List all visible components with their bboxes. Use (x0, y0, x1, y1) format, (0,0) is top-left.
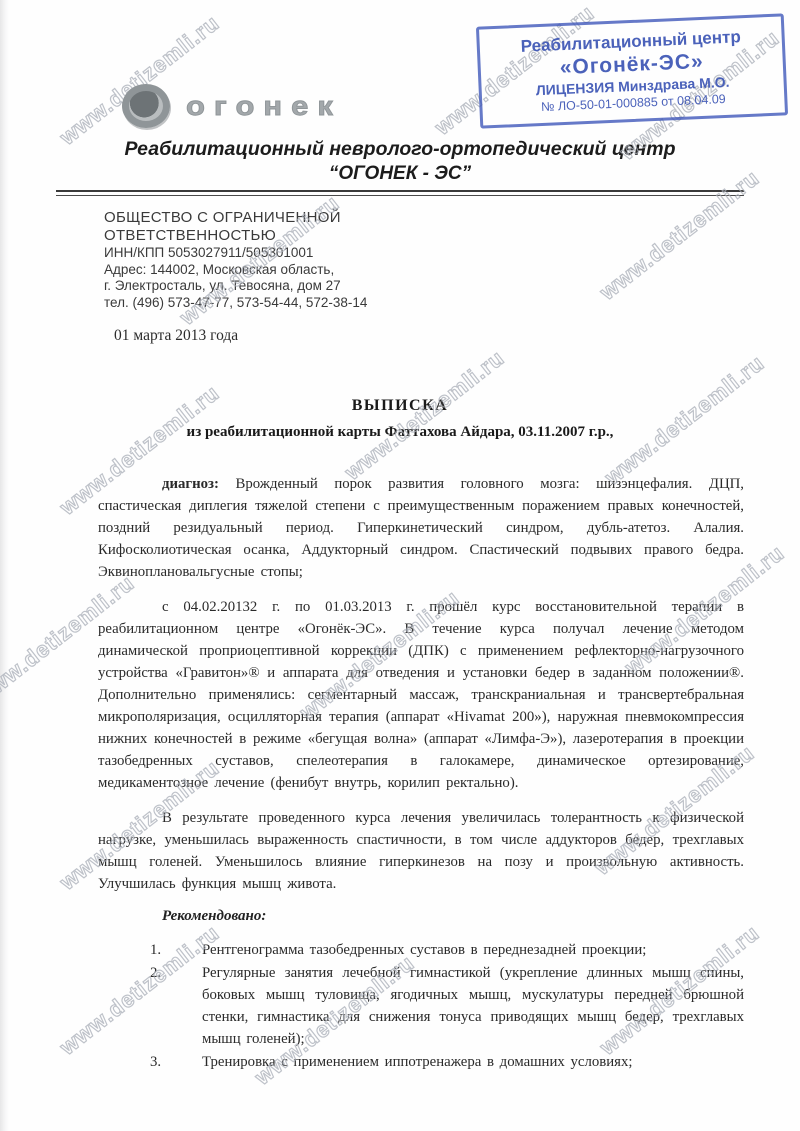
scanned-document-page: www.detizemli.ru www.detizemli.ru www.de… (0, 0, 800, 1131)
company-inn-kpp: ИНН/КПП 5053027911/505301001 (104, 245, 800, 262)
company-details: ОБЩЕСТВО С ОГРАНИЧЕННОЙ ОТВЕТСТВЕННОСТЬЮ… (104, 209, 800, 311)
list-item: 2. Регулярные занятия лечебной гимнастик… (98, 962, 744, 1050)
center-name-line: Реабилитационный невролого-ортопедически… (0, 138, 800, 161)
document-body: диагноз: Врожденный порок развития голов… (98, 473, 744, 1073)
company-phones: тел. (496) 573-47-77, 573-54-44, 572-38-… (104, 295, 800, 312)
header-divider (56, 190, 744, 196)
watermark-text: www.detizemli.ru (600, 350, 770, 490)
company-address-line: Адрес: 144002, Московская область, (104, 262, 800, 279)
document-subtitle: из реабилитационной карты Фаттахова Айда… (0, 424, 800, 441)
watermark-text: www.detizemli.ru (55, 10, 225, 150)
center-brand-line: “ОГОНЕК - ЭС” (0, 163, 800, 185)
list-item-text: Регулярные занятия лечебной гимнастикой … (202, 962, 744, 1050)
list-item-text: Рентгенограмма тазобедренных суставов в … (202, 939, 744, 961)
document-title: ВЫПИСКА (0, 397, 800, 415)
recommendations-label: Рекомендовано: (162, 908, 744, 925)
logo-wordmark: огонек (186, 90, 342, 122)
license-stamp: Реабилитационный центр «Огонёк-ЭС» ЛИЦЕН… (476, 13, 788, 128)
diagnosis-label: диагноз: (162, 476, 219, 492)
company-line: ОТВЕТСТВЕННОСТЬЮ (104, 227, 800, 245)
diagnosis-paragraph: диагноз: Врожденный порок развития голов… (98, 473, 744, 583)
list-item-text: Тренировка с применением иппотренажера в… (202, 1051, 744, 1073)
ring-icon (122, 84, 170, 128)
document-date: 01 марта 2013 года (114, 327, 800, 345)
company-line: ОБЩЕСТВО С ОГРАНИЧЕННОЙ (104, 209, 800, 227)
list-item: 1. Рентгенограмма тазобедренных суставов… (98, 939, 744, 961)
letterhead: Реабилитационный невролого-ортопедически… (0, 138, 800, 196)
company-address-line: г. Электросталь, ул. Тевосяна, дом 27 (104, 278, 800, 295)
results-paragraph: В результате проведенного курса лечения … (98, 807, 744, 895)
list-item-number: 2. (98, 962, 202, 1050)
treatment-course-paragraph: с 04.02.20132 г. по 01.03.2013 г. прошёл… (98, 596, 744, 794)
watermark-text: www.detizemli.ru (340, 345, 510, 485)
list-item-number: 1. (98, 939, 202, 961)
list-item: 3. Тренировка с применением иппотренажер… (98, 1051, 744, 1073)
ogonek-logo: огонек (122, 84, 342, 128)
recommendations-list: 1. Рентгенограмма тазобедренных суставов… (98, 939, 744, 1073)
list-item-number: 3. (98, 1051, 202, 1073)
